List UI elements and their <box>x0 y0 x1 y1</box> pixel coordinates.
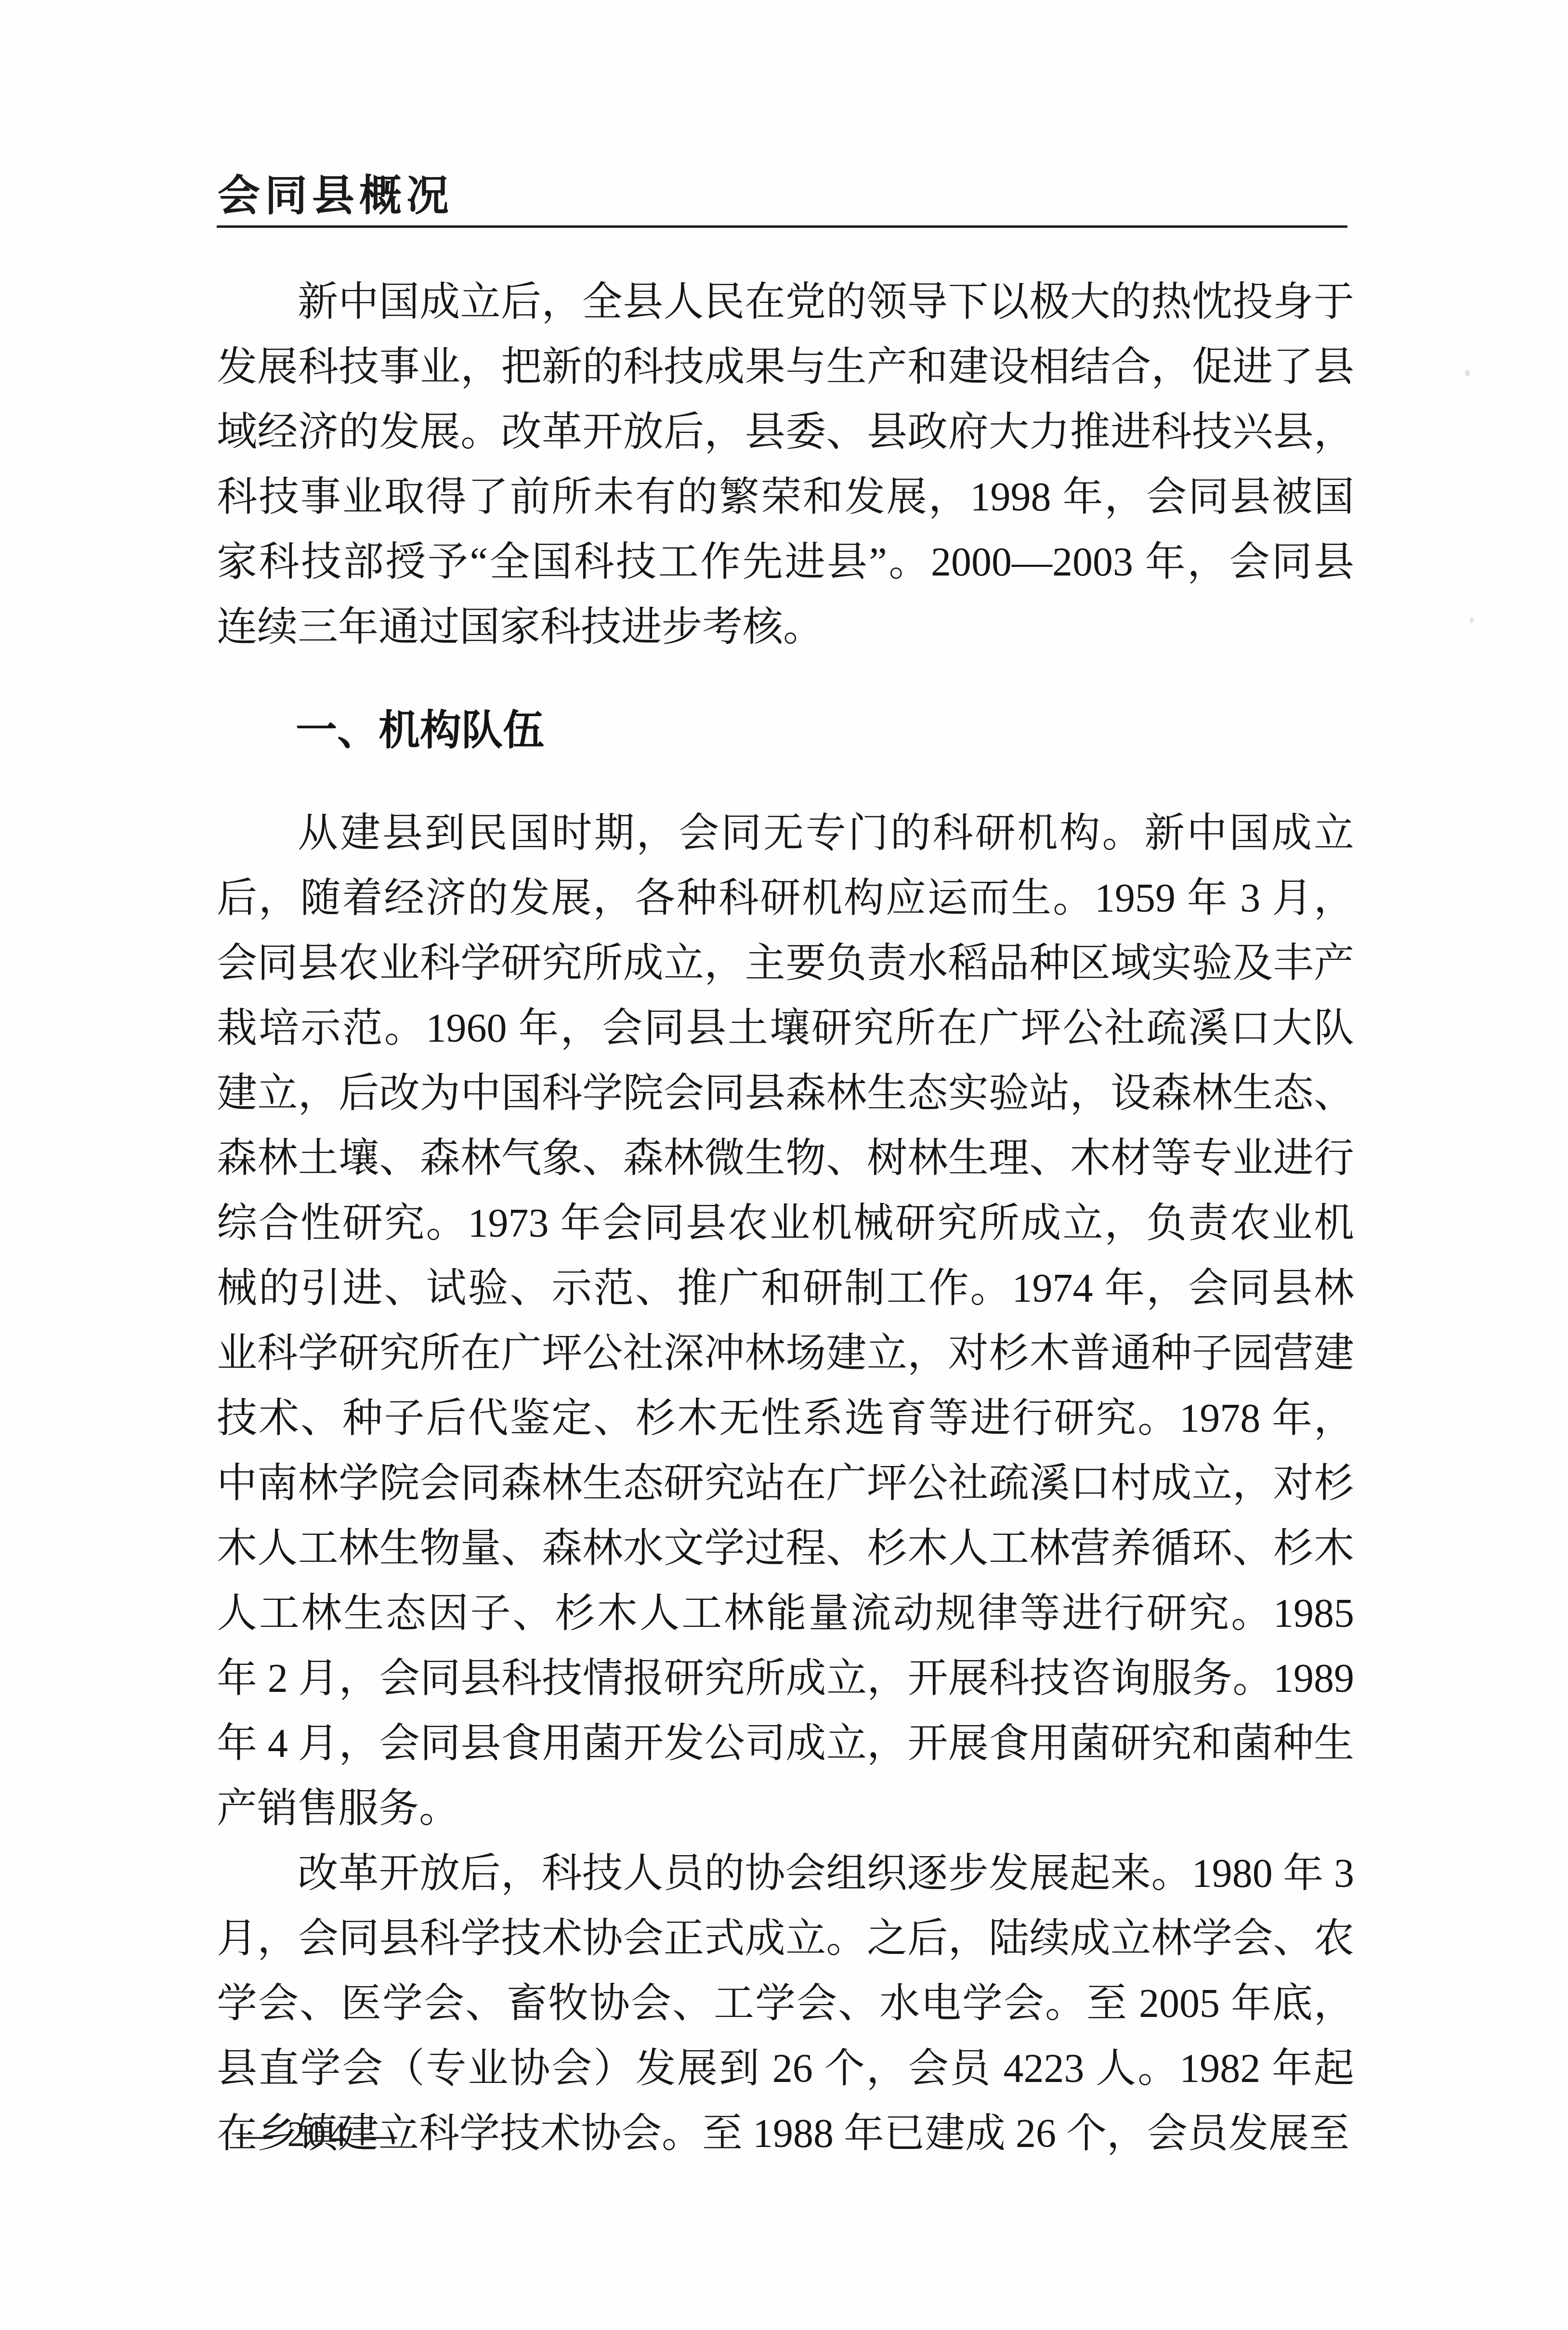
scan-artifact <box>1470 617 1474 623</box>
paragraph-intro: 新中国成立后，全县人民在党的领导下以极大的热忱投身于发展科技事业，把新的科技成果… <box>217 270 1354 660</box>
section-heading-institutions: 一、机构队伍 <box>217 698 1354 763</box>
paragraph-research-institutions: 从建县到民国时期，会同无专门的科研机构。新中国成立后，随着经济的发展，各种科研机… <box>217 801 1354 1841</box>
scan-artifact <box>1465 370 1470 377</box>
page-body: 新中国成立后，全县人民在党的领导下以极大的热忱投身于发展科技事业，把新的科技成果… <box>217 270 1354 2166</box>
page-number: — 204 — <box>237 2114 400 2155</box>
running-header-title: 会同县概况 <box>218 162 454 223</box>
book-page: 会同县概况 新中国成立后，全县人民在党的领导下以极大的热忱投身于发展科技事业，把… <box>0 0 1568 2330</box>
header-rule <box>217 225 1347 228</box>
